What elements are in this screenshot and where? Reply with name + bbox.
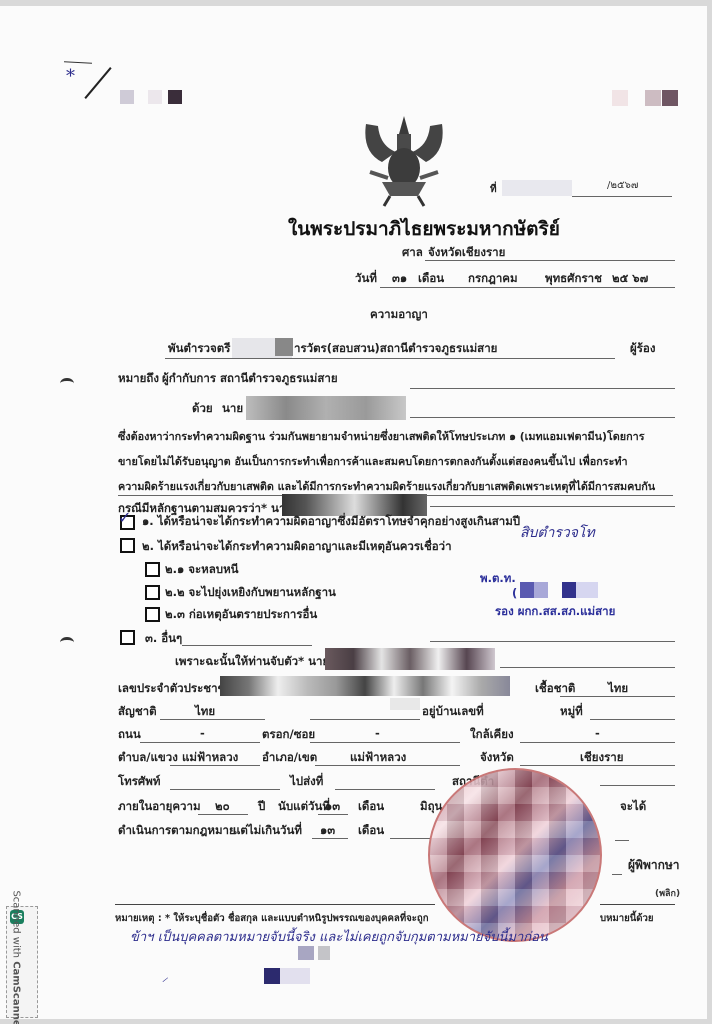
handwritten-note: ข้าฯ เป็นบุคคลตามหมายจับนี้จริง และไม่เค… <box>130 926 548 947</box>
redaction-block <box>390 698 420 710</box>
date-line <box>380 287 675 288</box>
until-day-line <box>312 838 348 839</box>
signoff-position: รอง ผกก.สส.สภ.แม่สาย <box>495 603 615 621</box>
nationality-line <box>160 719 265 720</box>
near-line <box>520 742 675 743</box>
subdistrict-line <box>170 765 260 766</box>
ground-3-checkbox[interactable] <box>120 630 135 645</box>
ground-2-1-checkbox[interactable] <box>145 562 160 577</box>
ground-2-3-label: ๒.๓ ก่อเหตุอันตรายประการอื่น <box>165 606 317 624</box>
from-day-line <box>318 814 348 815</box>
charge-line-3: ความผิดร้ายแรงเกี่ยวกับยาเสพติด และได้มี… <box>118 478 655 495</box>
punch-hole <box>60 637 74 648</box>
petitioner-prefix: พันตำรวจตรี <box>168 340 230 358</box>
nationality-label: สัญชาติ <box>118 703 157 721</box>
proceed-label: ดำเนินการตามกฎหมาย <box>118 822 236 840</box>
redaction-block <box>280 968 310 984</box>
corner-asterisk: * <box>66 66 75 87</box>
redaction-block <box>246 396 406 420</box>
redaction-block <box>645 90 661 106</box>
flip-note: (พลิก) <box>655 886 680 900</box>
footnote-divider-left <box>115 904 435 905</box>
deliver-line <box>335 789 435 790</box>
with-label: ด้วย <box>192 400 213 418</box>
date-year-label: พุทธศักราช <box>545 270 602 288</box>
alley-line <box>310 742 460 743</box>
punch-hole <box>60 378 74 389</box>
ethnicity-line <box>560 696 675 697</box>
case-type: ความอาญา <box>370 306 428 324</box>
ground-3-line <box>182 645 312 646</box>
date-day-label: วันที่ <box>355 270 377 288</box>
subdistrict-label: ตำบล/แขวง <box>118 749 178 767</box>
redaction-block <box>520 582 534 598</box>
court-seal-redacted <box>428 768 602 942</box>
years-label: ปี <box>258 798 265 816</box>
redaction-block <box>562 582 576 598</box>
addressed-line <box>410 388 675 389</box>
within-label: ภายในอายุความ <box>118 798 201 816</box>
footnote-suffix: บหมายนี้ด้วย <box>600 911 654 926</box>
redaction-block <box>275 338 293 356</box>
check-mark-icon: ✓ <box>118 508 131 527</box>
arrest-line <box>500 667 675 668</box>
handwritten-rank: สิบตำรวจโท <box>520 522 595 544</box>
garuda-emblem-icon <box>360 112 448 208</box>
redaction-block <box>576 582 598 598</box>
near-value: - <box>595 726 600 740</box>
date-day: ๓๑ <box>392 270 407 288</box>
ground-2-2-checkbox[interactable] <box>145 585 160 600</box>
petitioner-rest: ารวัตร(สอบสวน)สถานีตำรวจภูธรแม่สาย <box>294 340 497 358</box>
redaction-block <box>662 90 678 106</box>
province-line <box>520 765 675 766</box>
doc-number-line <box>572 196 672 197</box>
until-label: แต่ไม่เกินวันที่ <box>233 822 302 840</box>
ground-2-label: ๒. ได้หรือน่าจะได้กระทำความผิดอาญาและมีเ… <box>142 538 452 556</box>
road-line <box>140 742 260 743</box>
redaction-block <box>148 90 162 104</box>
redaction-block <box>120 90 134 104</box>
until-month-line <box>390 838 430 839</box>
judge-dash-2 <box>612 874 622 875</box>
petitioner-line <box>165 358 615 359</box>
house-label: อยู่บ้านเลขที่ <box>422 703 484 721</box>
redaction-block <box>318 946 330 960</box>
ground-2-3-checkbox[interactable] <box>145 607 160 622</box>
redaction-block <box>264 968 280 984</box>
ground-2-2-label: ๒.๒ จะไปยุ่งเหยิงกับพยานหลักฐาน <box>165 584 336 602</box>
from-month-label: เดือน <box>358 798 384 816</box>
with-line <box>410 417 675 418</box>
road-label: ถนน <box>118 726 141 744</box>
station-line <box>600 785 675 786</box>
until-month-label: เดือน <box>358 822 384 840</box>
ground-2-checkbox[interactable] <box>120 538 135 553</box>
signoff-paren: ( <box>512 586 517 600</box>
date-month: กรกฎาคม <box>468 270 518 288</box>
with-value: นาย <box>222 400 243 418</box>
house-line-left <box>310 719 420 720</box>
document-title: ในพระปรมาภิไธยพระมหากษัตริย์ <box>288 214 560 244</box>
proceed-suffix: จะได้ <box>620 798 646 816</box>
petitioner-role: ผู้ร้อง <box>630 340 655 358</box>
footnote-divider-right <box>600 904 675 905</box>
judge-label: ผู้พิพากษา <box>628 856 680 875</box>
ground-3-label: ๓. อื่นๆ <box>145 630 182 648</box>
redaction-block <box>325 648 495 670</box>
court-line <box>425 260 675 261</box>
road-value: - <box>200 726 205 740</box>
moo-line <box>590 719 675 720</box>
doc-number-label: ที่ <box>490 182 497 197</box>
ground-2-1-label: ๒.๑ จะหลบหนี <box>165 561 239 579</box>
near-label: ใกล้เคียง <box>470 726 514 744</box>
footnote-label: หมายเหตุ : * ให้ระบุชื่อตัว ชื่อสกุล และ… <box>115 911 429 926</box>
redaction-block <box>168 90 182 104</box>
ground-1-label: ๑. ได้หรือน่าจะได้กระทำความผิดอาญาซึ่งมี… <box>142 513 520 531</box>
court-label: ศาล <box>402 244 423 262</box>
date-year: ๒๕ ๖๗ <box>612 270 648 288</box>
alley-label: ตรอก/ซอย <box>262 726 315 744</box>
evidence-line <box>430 506 675 507</box>
district-line <box>315 765 460 766</box>
redaction-block <box>220 676 510 696</box>
doc-number-suffix: /๒๕๖๗ <box>607 178 638 193</box>
pen-mark: ⸝ <box>162 968 168 985</box>
province-label: จังหวัด <box>480 749 514 767</box>
redaction-block <box>502 180 572 196</box>
redaction-block <box>298 946 314 960</box>
district-label: อำเภอ/เขต <box>262 749 317 767</box>
phone-label: โทรศัพท์ <box>118 773 160 791</box>
redaction-block <box>612 90 628 106</box>
phone-line <box>170 789 280 790</box>
redaction-block <box>534 582 548 598</box>
charge-line-1: ซึ่งต้องหาว่ากระทำความผิดฐาน ร่วมกันพยาย… <box>118 428 645 445</box>
date-month-label: เดือน <box>418 270 444 288</box>
judge-dash <box>615 840 629 841</box>
ground-3-line-right <box>430 641 675 642</box>
deliver-label: ไปส่งที่ <box>290 773 323 791</box>
camscanner-label: Scanned with CamScanner <box>11 890 22 1024</box>
signoff-rank: พ.ต.ท. <box>480 570 516 588</box>
arrest-order-label: เพราะฉะนั้นให้ท่านจับตัว* นาย <box>175 653 329 671</box>
within-line <box>198 814 248 815</box>
id-label: เลขประจำตัวประชาช <box>118 680 225 698</box>
moo-label: หมู่ที่ <box>560 703 583 721</box>
charge-line-2: ขายโดยไม่ได้รับอนุญาต อันเป็นการกระทำเพื… <box>118 453 628 470</box>
alley-value: - <box>375 726 380 740</box>
addressed-value: ผู้กำกับการ สถานีตำรวจภูธรแม่สาย <box>162 370 338 388</box>
addressed-label: หมายถึง <box>118 370 159 388</box>
